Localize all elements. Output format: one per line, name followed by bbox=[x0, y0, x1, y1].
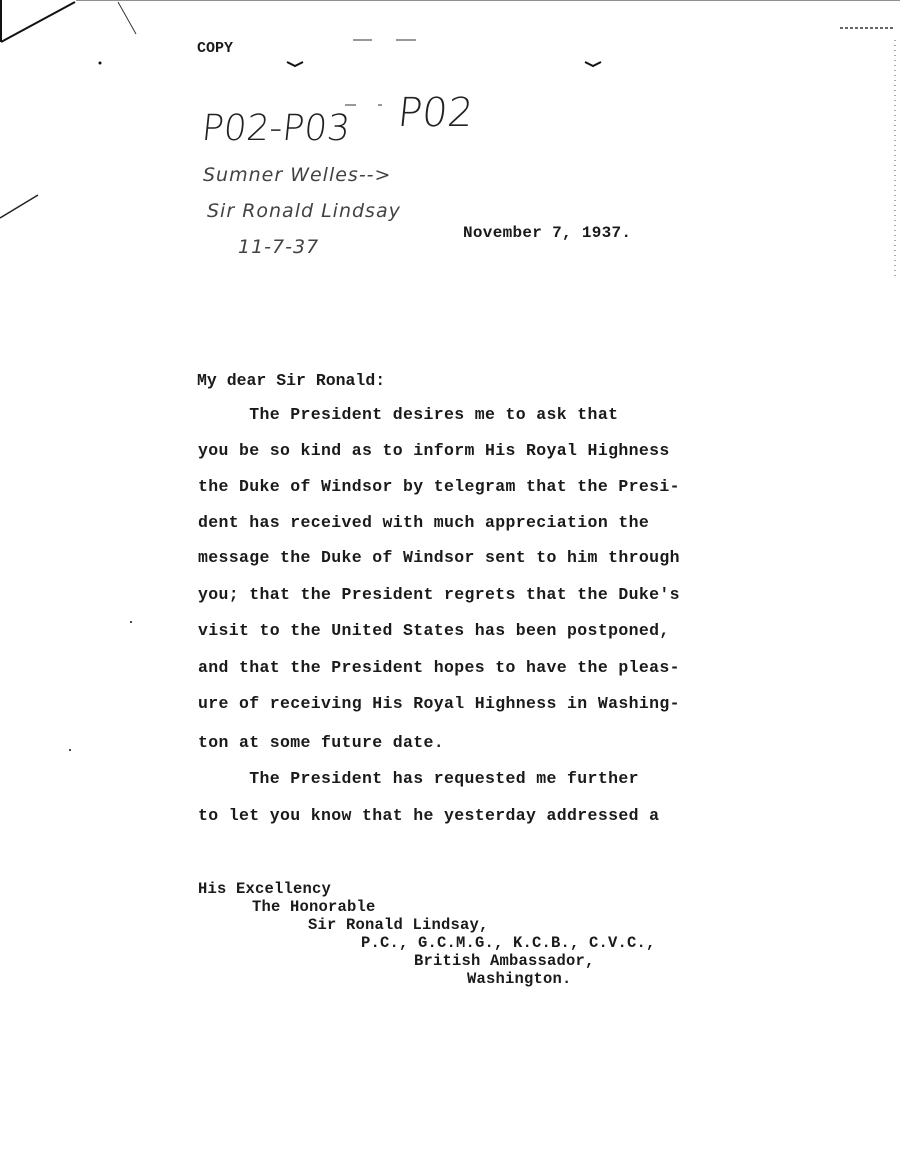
address-line: His Excellency bbox=[198, 880, 331, 898]
body-line: you; that the President regrets that the… bbox=[198, 585, 680, 604]
scan-artifacts bbox=[0, 0, 900, 1166]
letter-date: November 7, 1937. bbox=[463, 224, 631, 242]
handwritten-date: 11-7-37 bbox=[238, 236, 319, 258]
handwritten-recipient: Sir Ronald Lindsay bbox=[207, 200, 401, 222]
address-line: P.C., G.C.M.G., K.C.B., C.V.C., bbox=[361, 934, 656, 952]
body-line: to let you know that he yesterday addres… bbox=[198, 806, 659, 825]
handwritten-correspondents: Sumner Welles--> bbox=[203, 164, 391, 186]
body-line: The President desires me to ask that bbox=[198, 405, 618, 424]
body-line: ton at some future date. bbox=[198, 733, 444, 752]
body-line: visit to the United States has been post… bbox=[198, 621, 670, 640]
salutation: My dear Sir Ronald: bbox=[197, 371, 385, 390]
address-line: Washington. bbox=[467, 970, 572, 988]
body-line: message the Duke of Windsor sent to him … bbox=[198, 548, 680, 567]
address-line: The Honorable bbox=[252, 898, 376, 916]
body-line: the Duke of Windsor by telegram that the… bbox=[198, 477, 680, 496]
address-line: British Ambassador, bbox=[414, 952, 595, 970]
body-line: and that the President hopes to have the… bbox=[198, 658, 680, 677]
body-line: you be so kind as to inform His Royal Hi… bbox=[198, 441, 670, 460]
body-line: The President has requested me further bbox=[198, 769, 639, 788]
handwritten-file-code: P02 bbox=[396, 90, 476, 136]
address-line: Sir Ronald Lindsay, bbox=[308, 916, 489, 934]
body-line: ure of receiving His Royal Highness in W… bbox=[198, 694, 680, 713]
handwritten-file-code-range: P02-P03 bbox=[200, 108, 352, 149]
body-line: dent has received with much appreciation… bbox=[198, 513, 649, 532]
copy-label: COPY bbox=[197, 40, 233, 57]
